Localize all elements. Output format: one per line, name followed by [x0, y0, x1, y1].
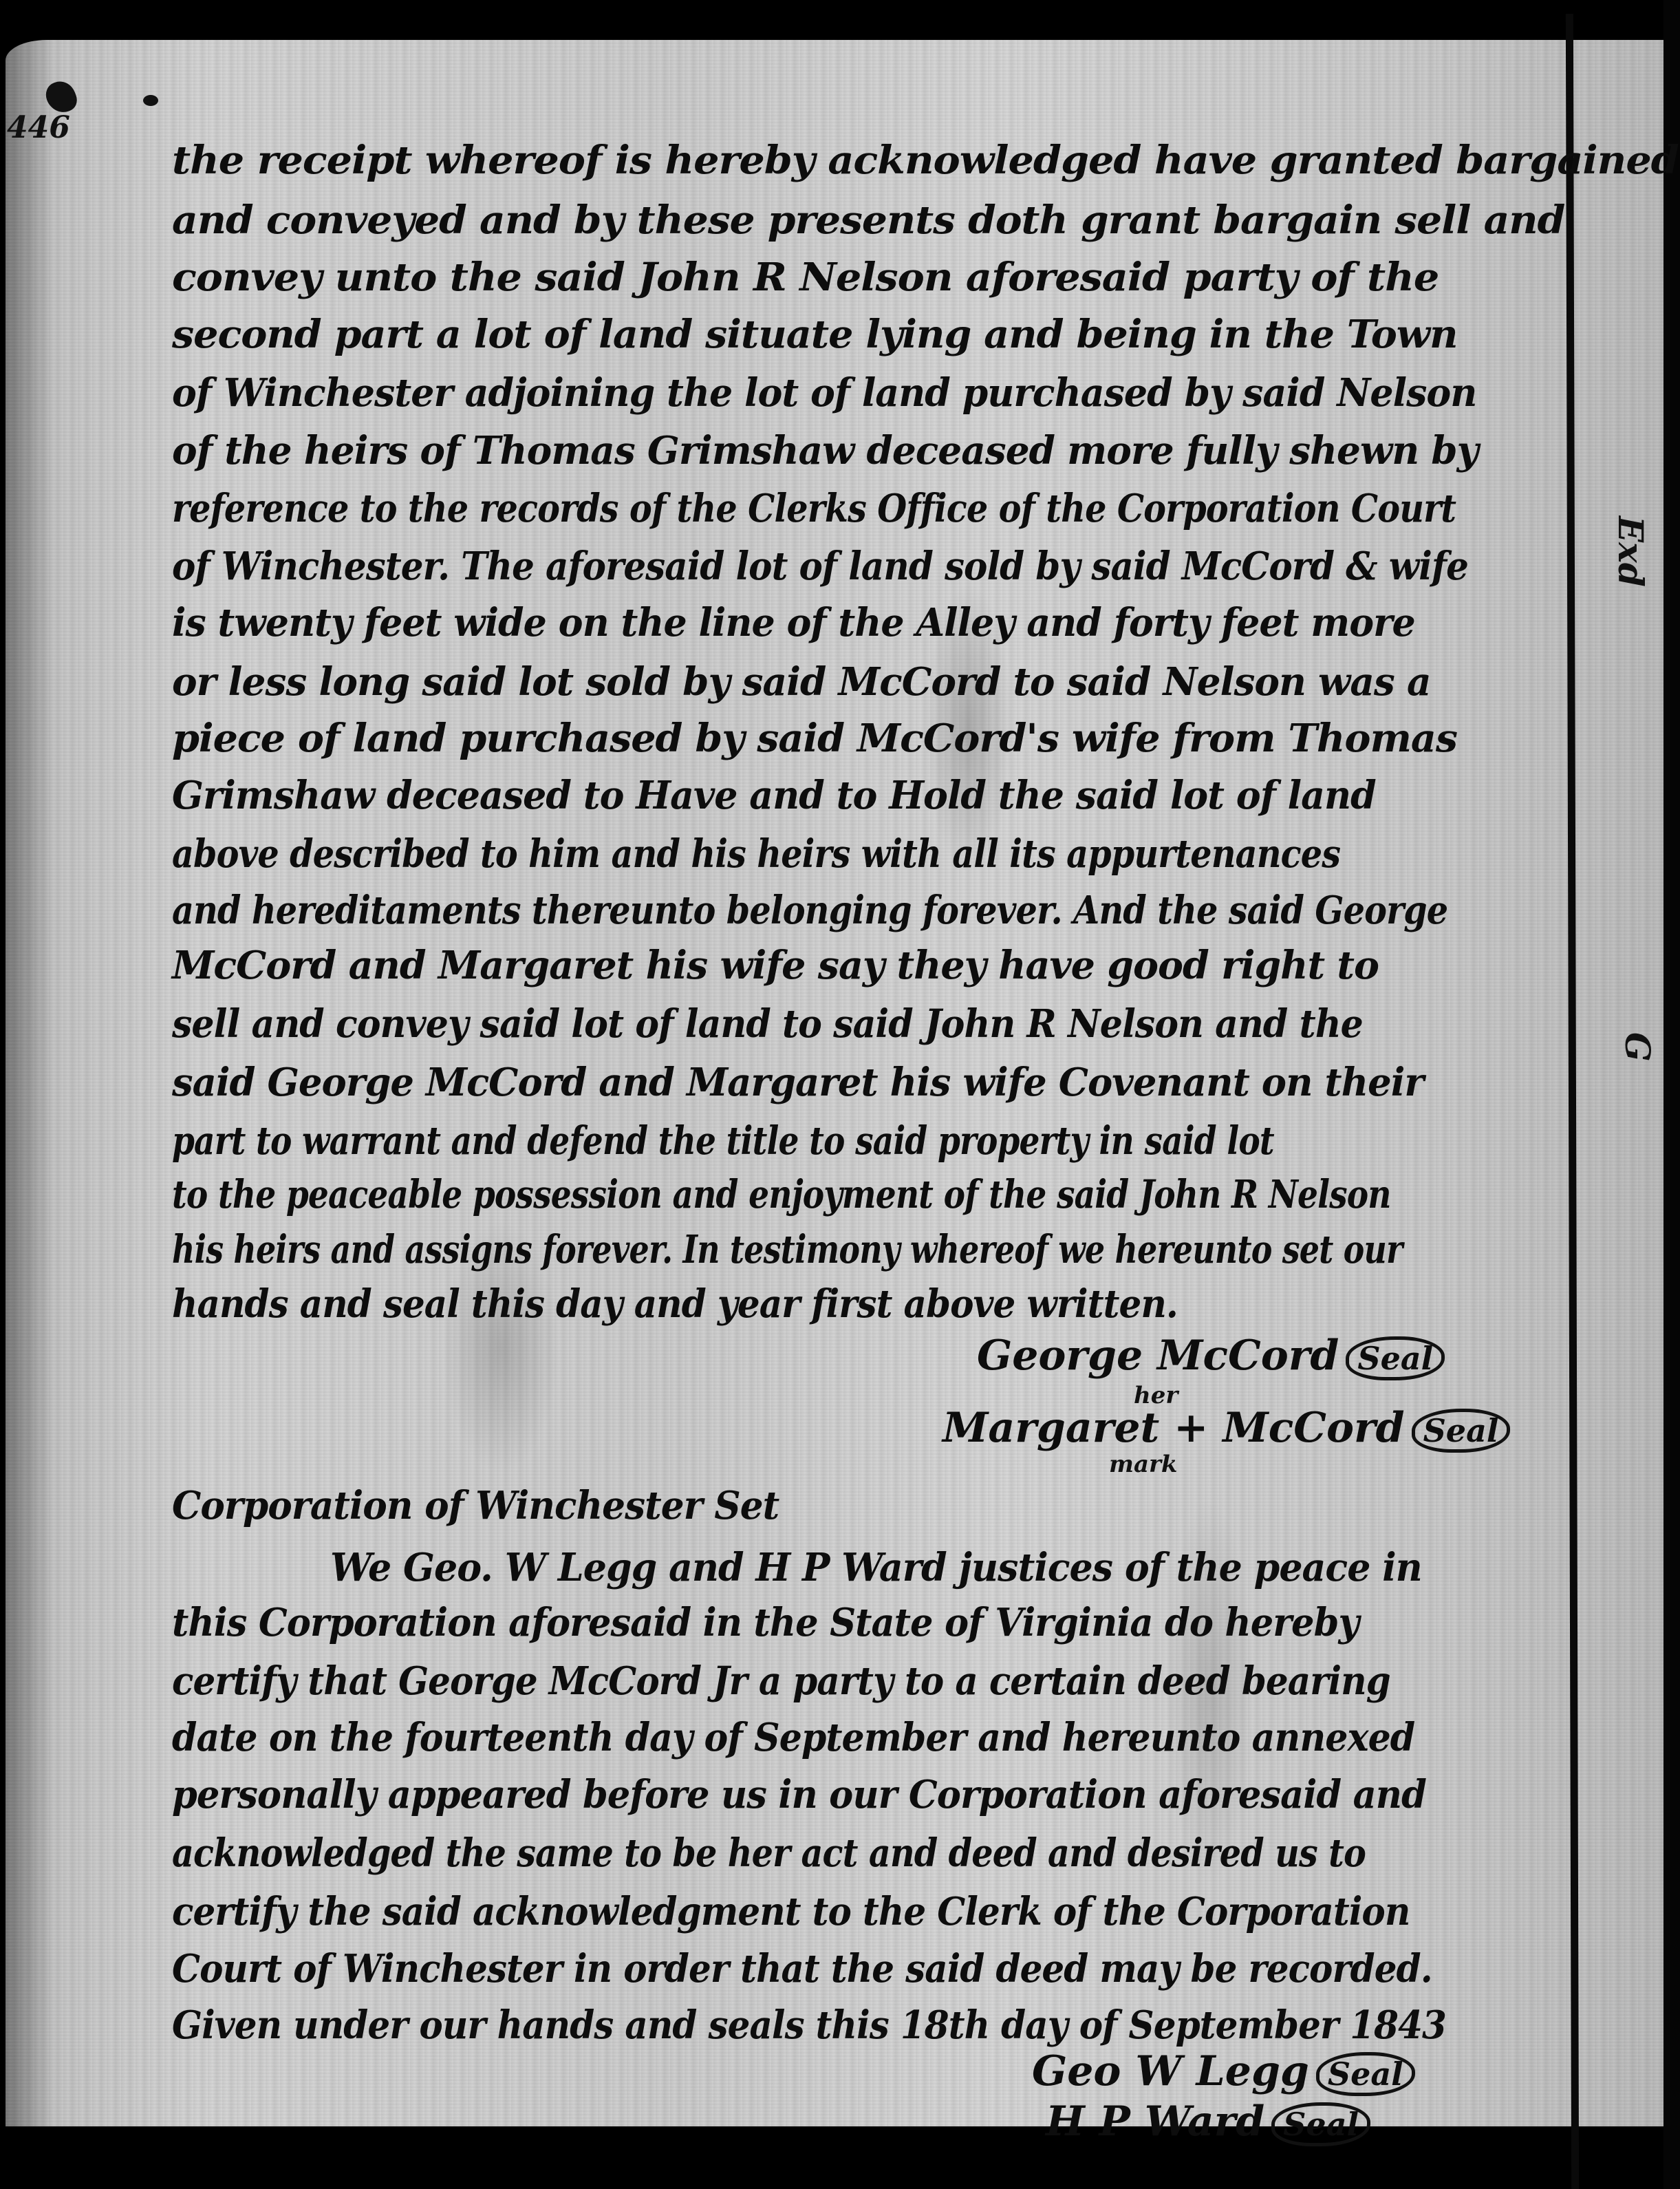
- margin-note-exd: Exd: [1611, 516, 1651, 587]
- deed-line: said George McCord and Margaret his wife…: [172, 1060, 1423, 1105]
- certificate-line: certify that George McCord Jr a party to…: [172, 1658, 1390, 1704]
- deed-line: of Winchester. The aforesaid lot of land…: [172, 544, 1468, 589]
- deed-line: and conveyed and by these presents doth …: [172, 197, 1564, 243]
- certificate-line: Court of Winchester in order that the sa…: [172, 1946, 1432, 1992]
- deed-line: piece of land purchased by said McCord's…: [172, 716, 1457, 761]
- ink-blot: [143, 95, 158, 106]
- certificate-line: acknowledged the same to be her act and …: [172, 1830, 1366, 1876]
- deed-line: McCord and Margaret his wife say they ha…: [172, 943, 1379, 988]
- certificate-line: Given under our hands and seals this 18t…: [172, 2003, 1446, 2048]
- margin-note-g: G: [1617, 1032, 1658, 1062]
- deed-line: to the peaceable possession and enjoymen…: [172, 1172, 1391, 1217]
- signature-name: Margaret + McCord: [943, 1404, 1405, 1452]
- mark-label-mark: mark: [1109, 1451, 1177, 1478]
- page-number: 446: [7, 110, 70, 145]
- signature-h-p-ward: H P WardSeal: [1046, 2097, 1370, 2146]
- deed-line: is twenty feet wide on the line of the A…: [172, 600, 1415, 645]
- seal-icon: Seal: [1412, 1409, 1511, 1453]
- deed-line: convey unto the said John R Nelson afore…: [172, 255, 1439, 300]
- signature-george-mccord: George McCordSeal: [977, 1332, 1445, 1380]
- deed-line: of the heirs of Thomas Grimshaw deceased…: [172, 428, 1478, 473]
- seal-icon: Seal: [1271, 2102, 1370, 2146]
- deed-line: above described to him and his heirs wit…: [172, 831, 1340, 877]
- deed-line: second part a lot of land situate lying …: [172, 312, 1457, 357]
- certificate-line: date on the fourteenth day of September …: [172, 1715, 1414, 1760]
- certificate-line: We Geo. W Legg and H P Ward justices of …: [330, 1545, 1422, 1590]
- deed-line: and hereditaments thereunto belonging fo…: [172, 888, 1447, 933]
- signature-geo-w-legg: Geo W LeggSeal: [1032, 2047, 1415, 2096]
- deed-line: or less long said lot sold by said McCor…: [172, 659, 1431, 705]
- certificate-line: this Corporation aforesaid in the State …: [172, 1600, 1359, 1645]
- certificate-line: certify the said acknowledgment to the C…: [172, 1889, 1410, 1934]
- deed-line: Grimshaw deceased to Have and to Hold th…: [172, 773, 1376, 818]
- deed-line: the receipt whereof is hereby acknowledg…: [172, 138, 1680, 183]
- deed-line: his heirs and assigns forever. In testim…: [172, 1227, 1402, 1272]
- signature-name: H P Ward: [1046, 2097, 1264, 2146]
- certificate-heading: Corporation of Winchester Set: [172, 1483, 779, 1528]
- signature-name: George McCord: [977, 1332, 1339, 1380]
- deed-line: part to warrant and defend the title to …: [172, 1118, 1274, 1164]
- deed-line: of Winchester adjoining the lot of land …: [172, 370, 1476, 416]
- seal-icon: Seal: [1346, 1336, 1445, 1380]
- scan-border-right: [1663, 0, 1680, 2189]
- certificate-line: personally appeared before us in our Cor…: [172, 1772, 1426, 1817]
- deed-line: reference to the records of the Clerks O…: [172, 486, 1456, 531]
- seal-icon: Seal: [1316, 2052, 1415, 2096]
- deed-line: hands and seal this day and year first a…: [172, 1281, 1178, 1327]
- signature-name: Geo W Legg: [1032, 2047, 1309, 2095]
- scan-border-bottom: [0, 2126, 1680, 2189]
- signature-margaret-mccord: Margaret + McCordSeal: [943, 1404, 1510, 1453]
- deed-line: sell and convey said lot of land to said…: [172, 1001, 1363, 1047]
